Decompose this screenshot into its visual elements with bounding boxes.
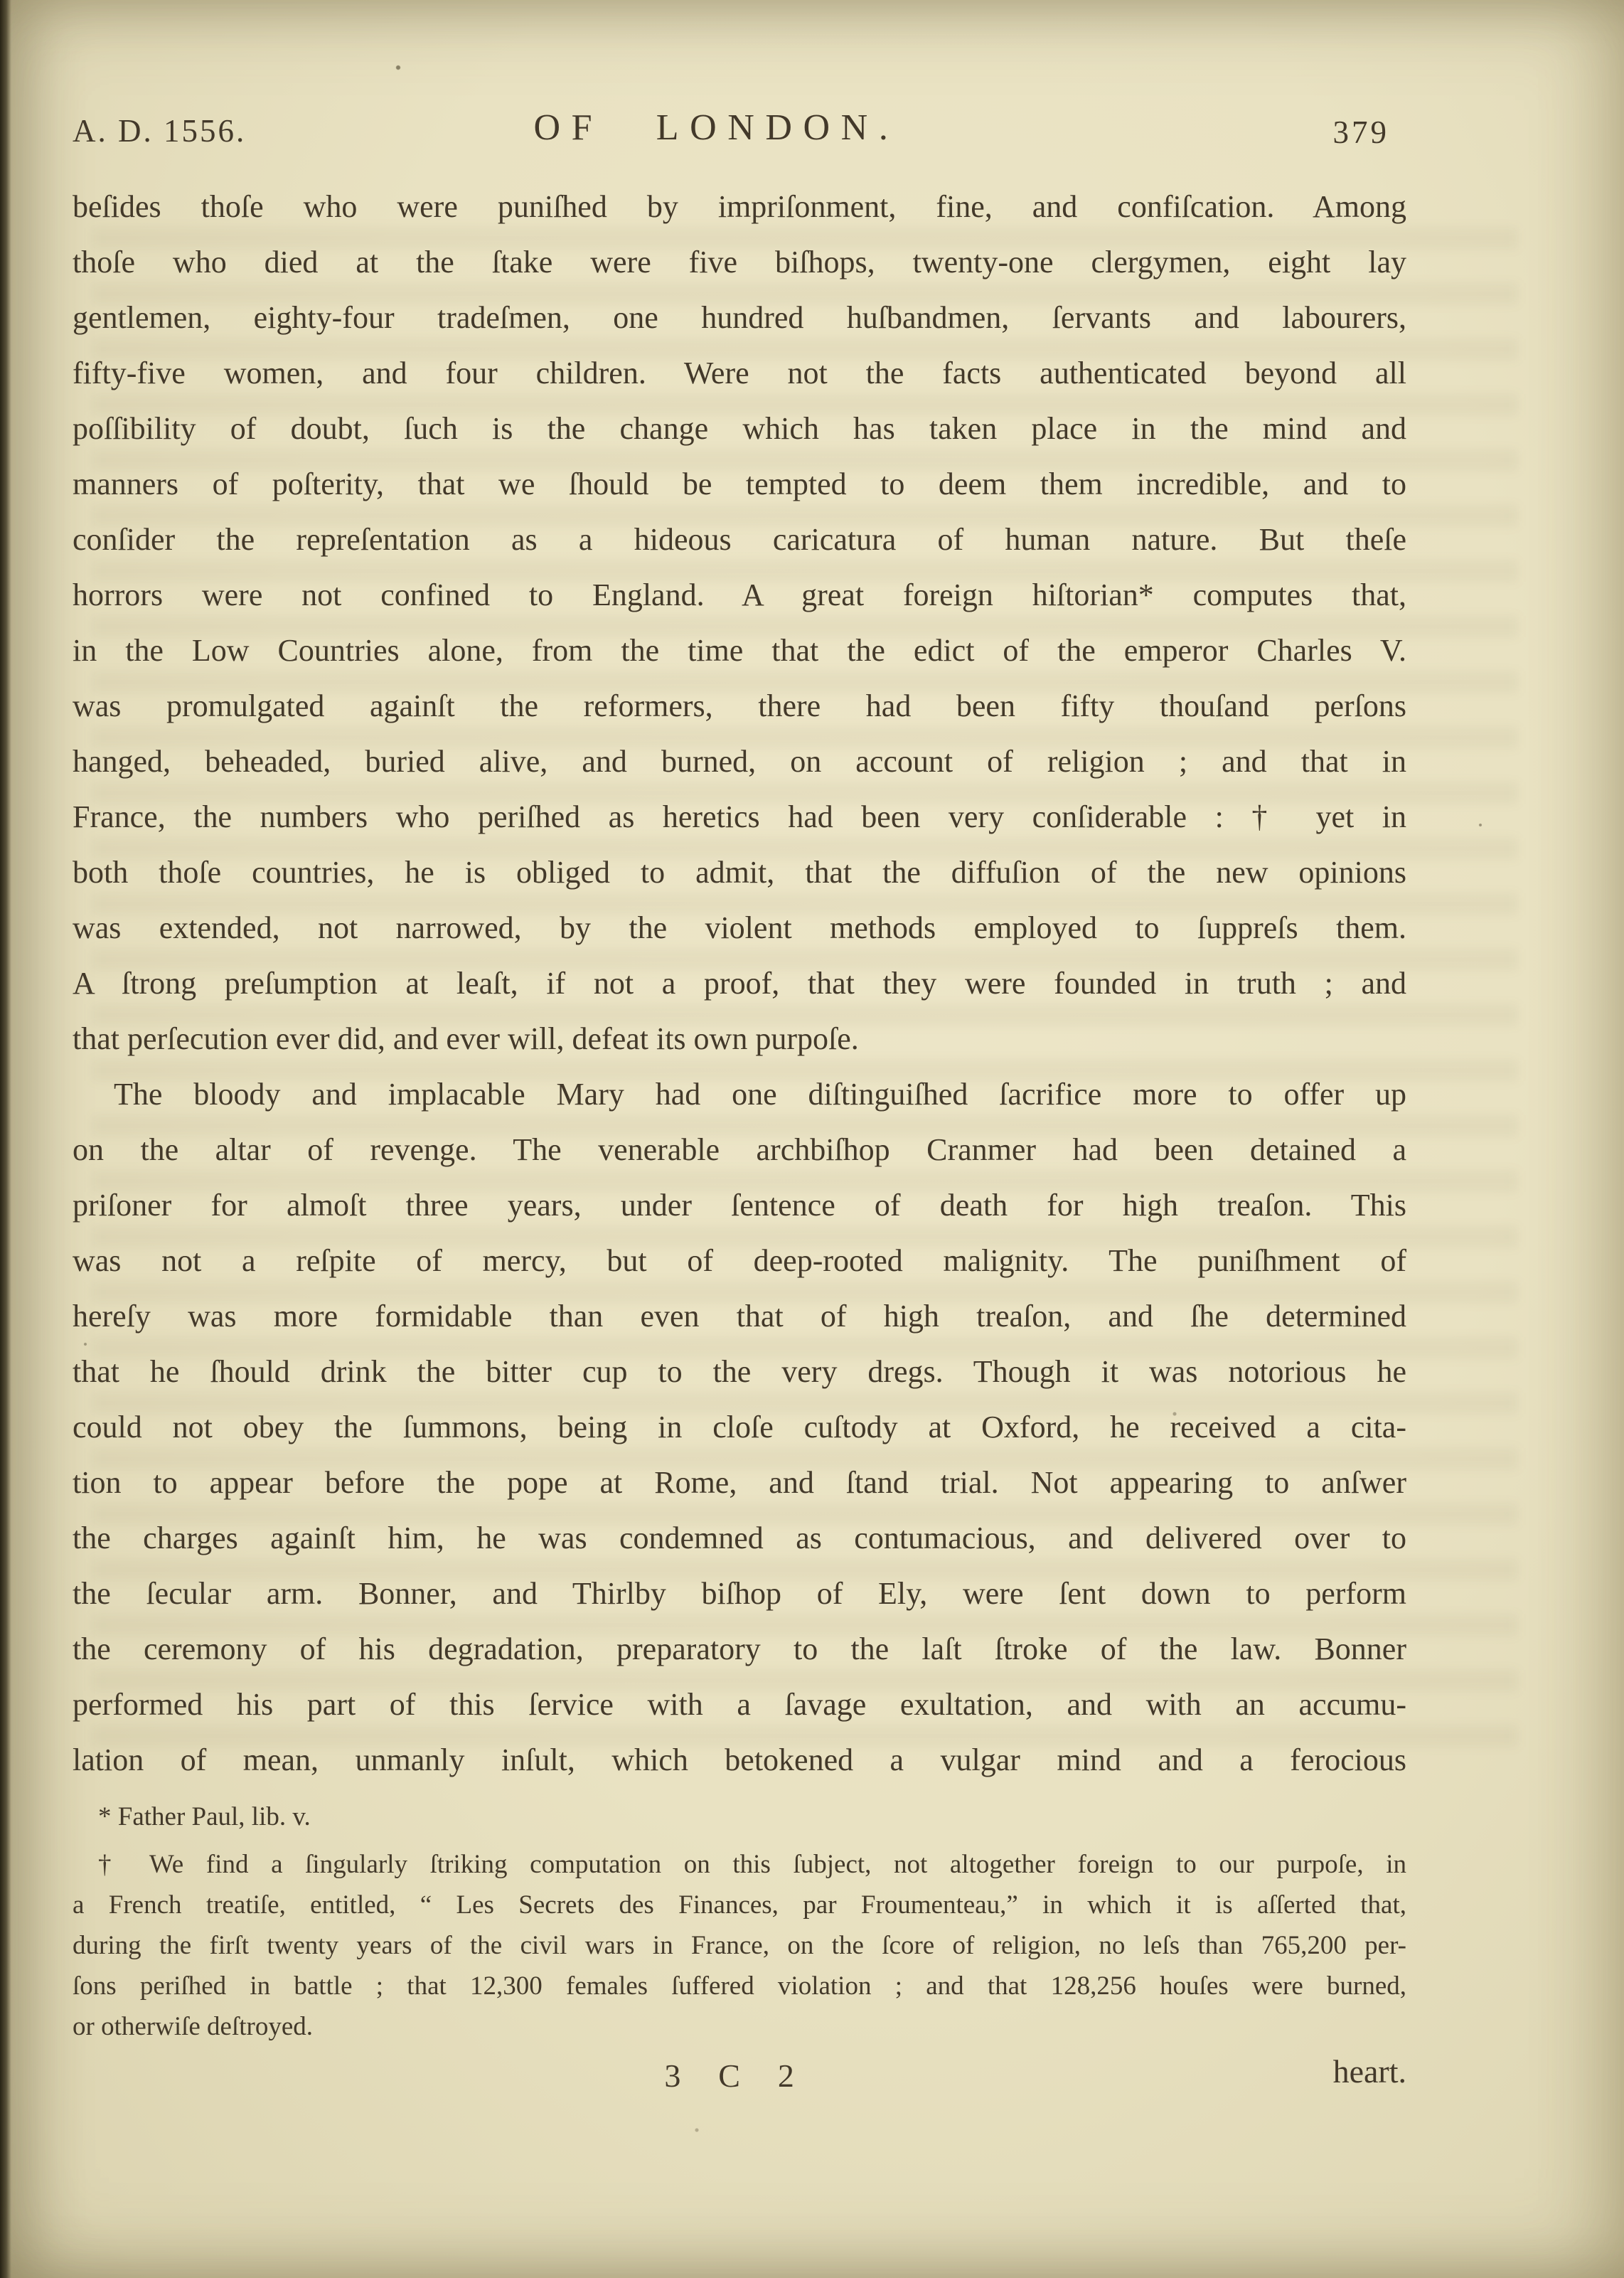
text-line: was promulgated againſt the reformers, t… xyxy=(73,678,1406,734)
text-line: that perſecution ever did, and ever will… xyxy=(73,1011,1406,1067)
text-line: the charges againſt him, he was condemne… xyxy=(73,1511,1406,1566)
text-line: beſides thoſe who were puniſhed by impri… xyxy=(73,179,1406,235)
marginal-date: A. D. 1556. xyxy=(73,112,246,149)
text-line: lation of mean, unmanly inſult, which be… xyxy=(73,1733,1406,1788)
text-line: the ſecular arm. Bonner, and Thirlby biſ… xyxy=(73,1566,1406,1622)
text-line: hanged, beheaded, buried alive, and burn… xyxy=(73,734,1406,789)
text-line: in the Low Countries alone, from the tim… xyxy=(73,623,1406,678)
text-line: manners of poſterity, that we ſhould be … xyxy=(73,457,1406,512)
paragraph-cranmer: The bloody and implacable Mary had one d… xyxy=(73,1067,1406,1788)
text-line: both thoſe countries, he is obliged to a… xyxy=(73,845,1406,900)
paragraph-persecutions: beſides thoſe who were puniſhed by impri… xyxy=(73,179,1406,1067)
text-line: gentlemen, eighty-four tradeſmen, one hu… xyxy=(73,290,1406,346)
text-line: that he ſhould drink the bitter cup to t… xyxy=(73,1344,1406,1400)
footnote-father-paul: * Father Paul, lib. v. xyxy=(73,1797,1406,1837)
page-header: A. D. 1556. OF LONDON. 379 xyxy=(73,107,1389,156)
text-line: conſider the repreſentation as a hideous… xyxy=(73,512,1406,568)
page-footer: 3 C 2 heart. xyxy=(73,2057,1406,2107)
text-line: the ceremony of his degradation, prepara… xyxy=(73,1622,1406,1677)
signature-mark: 3 C 2 xyxy=(664,2057,808,2095)
text-line: tion to appear before the pope at Rome, … xyxy=(73,1455,1406,1511)
text-line: poſſibility of doubt, ſuch is the change… xyxy=(73,401,1406,457)
text-line: was not a reſpite of mercy, but of deep-… xyxy=(73,1233,1406,1289)
text-line: hereſy was more formidable than even tha… xyxy=(73,1289,1406,1344)
text-line: The bloody and implacable Mary had one d… xyxy=(73,1067,1406,1122)
book-page: A. D. 1556. OF LONDON. 379 beſides thoſe… xyxy=(0,0,1624,2278)
text-line: priſoner for almoſt three years, under ſ… xyxy=(73,1178,1406,1233)
text-line: ſons periſhed in battle ; that 12,300 fe… xyxy=(73,1966,1406,2006)
text-line: could not obey the ſummons, being in clo… xyxy=(73,1400,1406,1455)
text-line: performed his part of this ſervice with … xyxy=(73,1677,1406,1733)
page-number: 379 xyxy=(1333,114,1390,151)
running-title: OF LONDON. xyxy=(533,107,899,149)
text-line: A ſtrong preſumption at leaſt, if not a … xyxy=(73,956,1406,1011)
catchword: heart. xyxy=(1333,2053,1406,2090)
body-text: beſides thoſe who were puniſhed by impri… xyxy=(73,179,1406,1788)
text-line: during the firſt twenty years of the civ… xyxy=(73,1925,1406,1966)
footnote-french-treatise: † We find a ſingularly ſtriking computat… xyxy=(73,1844,1406,2047)
text-line: † We find a ſingularly ſtriking computat… xyxy=(73,1844,1406,1885)
text-line: thoſe who died at the ſtake were five bi… xyxy=(73,235,1406,290)
text-line: fifty-five women, and four children. Wer… xyxy=(73,346,1406,401)
text-line: was extended, not narrowed, by the viole… xyxy=(73,900,1406,956)
footnotes: * Father Paul, lib. v. † We find a ſingu… xyxy=(73,1797,1406,2047)
text-line: on the altar of revenge. The venerable a… xyxy=(73,1122,1406,1178)
text-line: or otherwiſe deſtroyed. xyxy=(73,2006,1406,2047)
text-line: France, the numbers who periſhed as here… xyxy=(73,789,1406,845)
text-line: a French treatiſe, entitled, “ Les Secre… xyxy=(73,1885,1406,1925)
text-line: horrors were not confined to England. A … xyxy=(73,568,1406,623)
page-gutter-shadow xyxy=(0,0,11,2278)
